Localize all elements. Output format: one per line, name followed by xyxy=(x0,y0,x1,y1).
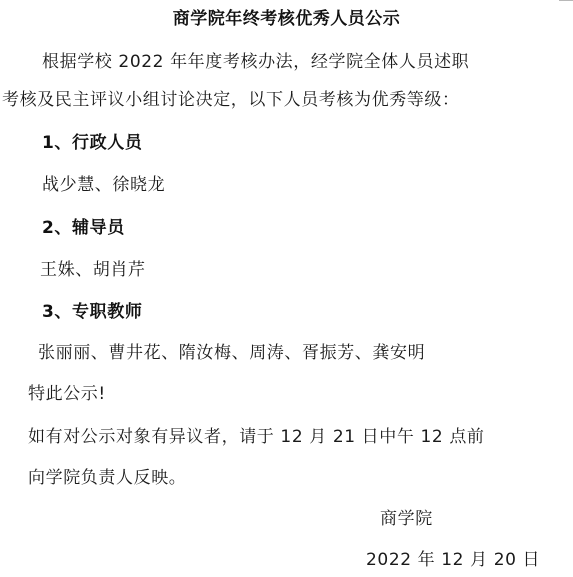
signature-organization: 商学院 xyxy=(380,508,433,530)
signature-date: 2022 年 12 月 20 日 xyxy=(366,549,540,571)
section-heading-administrative: 1、行政人员 xyxy=(42,132,142,154)
section-heading-counselors: 2、辅导员 xyxy=(42,217,125,239)
closing-statement: 特此公示! xyxy=(28,383,106,405)
document-title: 商学院年终考核优秀人员公示 xyxy=(0,8,573,30)
section-names-counselors: 王姝、胡肖芹 xyxy=(40,259,146,281)
intro-paragraph-line-1: 根据学校 2022 年年度考核办法，经学院全体人员述职 xyxy=(42,51,469,73)
section-heading-teachers: 3、专职教师 xyxy=(42,301,142,323)
intro-paragraph-line-2: 考核及民主评议小组讨论决定，以下人员考核为优秀等级： xyxy=(2,89,460,111)
page-corner-mark xyxy=(559,0,573,1)
section-names-administrative: 战少慧、徐晓龙 xyxy=(42,174,165,196)
section-names-teachers: 张丽丽、曹井花、隋汝梅、周涛、胥振芳、龚安明 xyxy=(38,342,425,364)
objection-notice-line-2: 向学院负责人反映。 xyxy=(28,467,186,489)
objection-notice-line-1: 如有对公示对象有异议者，请于 12 月 21 日中午 12 点前 xyxy=(28,426,485,448)
